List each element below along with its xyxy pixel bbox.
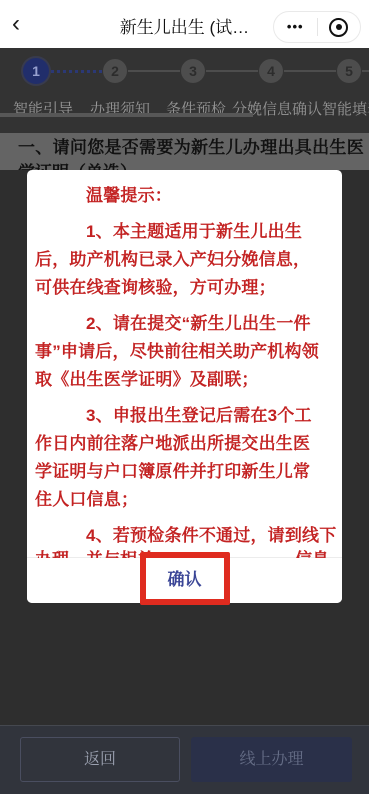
step-progress-bar: 1 2 3 4 5 智能引导 办理须知 条件预检 分娩信息确认 智能填表 (0, 48, 369, 133)
truncated-text-right: 信息 (295, 546, 329, 558)
step-circle-1: 1 (23, 58, 49, 84)
notice-item-1: 1、本主题适用于新生儿出生后，助产机构已录入产妇分娩信息，可供在线查询核验，方可… (35, 218, 320, 302)
annotation-highlight-box (140, 552, 230, 605)
connector-1-2 (51, 70, 102, 73)
notice-dialog: 温馨提示： 1、本主题适用于新生儿出生后，助产机构已录入产妇分娩信息，可供在线查… (27, 170, 342, 603)
step-circle-4: 4 (259, 59, 283, 83)
step-circle-3: 3 (181, 59, 205, 83)
connector-3-4 (206, 70, 258, 72)
truncated-text-left: 办理，并与相关 (35, 546, 154, 558)
navbar: ‹ 新生儿出生 (试… ••• (0, 0, 369, 48)
connector-4-5 (284, 70, 336, 72)
connector-2-3 (128, 70, 180, 72)
question-section: 一、请问您是否需要为新生儿办理出具出生医 学证明（单选） (0, 133, 369, 170)
exit-target-icon (329, 18, 348, 37)
step-circle-5: 5 (337, 59, 361, 83)
footer-bar: 返回 线上办理 (0, 725, 369, 794)
connector-5-edge (362, 70, 369, 72)
return-button[interactable]: 返回 (20, 737, 180, 782)
notice-item-3: 3、申报出生登记后需在3个工作日内前往落户地派出所提交出生医学证明与户口簿原件并… (35, 402, 320, 514)
notice-body: 温馨提示： 1、本主题适用于新生儿出生后，助产机构已录入产妇分娩信息，可供在线查… (27, 170, 342, 557)
more-menu-button[interactable]: ••• (274, 12, 317, 42)
miniprogram-capsule: ••• (273, 11, 361, 43)
stepper-scroll-indicator (0, 113, 253, 117)
question-line-1: 一、请问您是否需要为新生儿办理出具出生医 (0, 133, 369, 160)
online-process-button[interactable]: 线上办理 (191, 737, 352, 782)
notice-title: 温馨提示： (35, 182, 320, 210)
more-dots-icon: ••• (287, 22, 304, 32)
exit-button[interactable] (318, 12, 361, 42)
notice-item-2: 2、请在提交“新生儿出生一件事”申请后，尽快前往相关助产机构领取《出生医学证明》… (35, 310, 320, 394)
step-label-5[interactable]: 智能填表 (322, 98, 369, 119)
question-line-2: 学证明（单选） (0, 160, 369, 170)
app-screen: ‹ 新生儿出生 (试… ••• 1 2 3 4 5 智能引导 办理须知 条件预检… (0, 0, 369, 794)
step-circle-2: 2 (103, 59, 127, 83)
